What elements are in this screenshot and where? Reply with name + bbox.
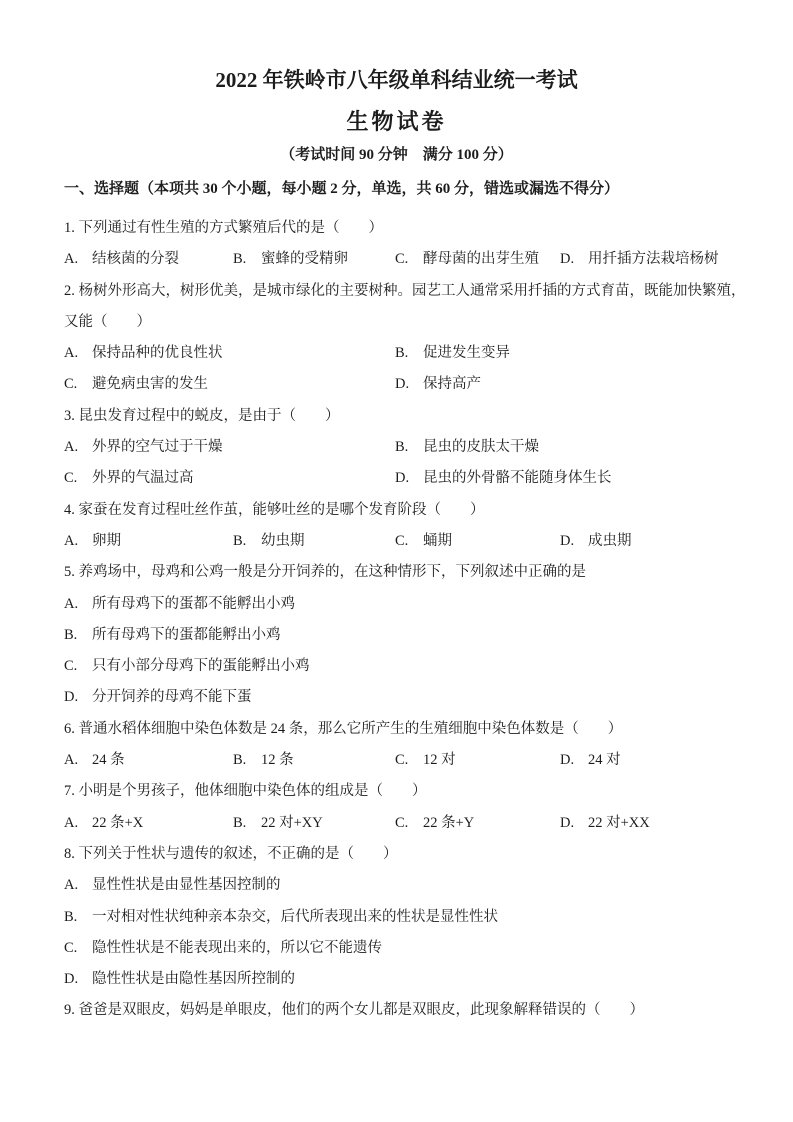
- option-c: C.外界的气温过高: [64, 463, 395, 494]
- option-d: D.22 对+XX: [560, 808, 741, 839]
- exam-paper-page: 2022 年铁岭市八年级单科结业统一考试 生物试卷 （考试时间 90 分钟 满分…: [0, 0, 793, 1122]
- option-text: 22 条+Y: [423, 815, 474, 831]
- question-stem: 3. 昆虫发育过程中的蜕皮，是由于（ ）: [64, 401, 741, 432]
- option-text: 所有母鸡下的蛋都不能孵出小鸡: [92, 596, 295, 612]
- option-d: D.成虫期: [560, 526, 741, 557]
- option-text: 所有母鸡下的蛋都能孵出小鸡: [92, 627, 281, 643]
- question-8: 8. 下列关于性状与遗传的叙述，不正确的是（ ） A.显性性状是由显性基因控制的…: [64, 839, 741, 995]
- option-label: A.: [64, 432, 92, 463]
- option-b: B.22 对+XY: [233, 808, 395, 839]
- option-label: A.: [64, 589, 92, 620]
- question-stem: 2. 杨树外形高大，树形优美，是城市绿化的主要树种。园艺工人通常采用扦插的方式育…: [64, 276, 741, 307]
- option-text: 保持高产: [423, 376, 481, 392]
- option-c: C.蛹期: [395, 526, 560, 557]
- exam-info-line: （考试时间 90 分钟 满分 100 分）: [0, 143, 793, 168]
- option-text: 一对相对性状纯种亲本杂交，后代所表现出来的性状是显性性状: [92, 909, 498, 925]
- option-b: B.12 条: [233, 745, 395, 776]
- option-text: 隐性性状是不能表现出来的，所以它不能遗传: [92, 940, 382, 956]
- question-5: 5. 养鸡场中，母鸡和公鸡一般是分开饲养的，在这种情形下，下列叙述中正确的是 A…: [64, 557, 741, 713]
- option-text: 22 条+X: [92, 815, 143, 831]
- option-label: D.: [560, 526, 588, 557]
- option-text: 24 条: [92, 752, 125, 768]
- question-9: 9. 爸爸是双眼皮，妈妈是单眼皮，他们的两个女儿都是双眼皮，此现象解释错误的（ …: [64, 995, 741, 1026]
- question-options-row: A.22 条+X B.22 对+XY C.22 条+Y D.22 对+XX: [64, 808, 741, 839]
- option-d: D.用扦插方法栽培杨树: [560, 244, 741, 275]
- option-b: B.所有母鸡下的蛋都能孵出小鸡: [64, 620, 741, 651]
- option-a: A.22 条+X: [64, 808, 233, 839]
- option-label: C.: [395, 808, 423, 839]
- question-options-row: A.卵期 B.幼虫期 C.蛹期 D.成虫期: [64, 526, 741, 557]
- option-text: 蛹期: [423, 533, 452, 549]
- option-text: 成虫期: [588, 533, 632, 549]
- option-text: 分开饲养的母鸡不能下蛋: [92, 689, 252, 705]
- exam-title: 2022 年铁岭市八年级单科结业统一考试: [0, 64, 793, 96]
- question-4: 4. 家蚕在发育过程吐丝作茧，能够吐丝的是哪个发育阶段（ ） A.卵期 B.幼虫…: [64, 495, 741, 558]
- option-label: B.: [233, 745, 261, 776]
- option-text: 卵期: [92, 533, 121, 549]
- option-label: D.: [560, 244, 588, 275]
- option-label: C.: [64, 651, 92, 682]
- option-a: A.所有母鸡下的蛋都不能孵出小鸡: [64, 589, 741, 620]
- question-stem-continued: 又能（ ）: [64, 307, 741, 338]
- option-d: D.分开饲养的母鸡不能下蛋: [64, 682, 741, 713]
- option-text: 酵母菌的出芽生殖: [423, 251, 539, 267]
- option-text: 22 对+XY: [261, 815, 323, 831]
- option-text: 22 对+XX: [588, 815, 650, 831]
- question-3: 3. 昆虫发育过程中的蜕皮，是由于（ ） A.外界的空气过于干燥 B.昆虫的皮肤…: [64, 401, 741, 495]
- option-text: 昆虫的皮肤太干燥: [423, 439, 539, 455]
- option-label: D.: [560, 745, 588, 776]
- option-label: B.: [64, 620, 92, 651]
- option-label: A.: [64, 808, 92, 839]
- option-c: C.只有小部分母鸡下的蛋能孵出小鸡: [64, 651, 741, 682]
- option-a: A.外界的空气过于干燥: [64, 432, 395, 463]
- section-heading: 一、选择题（本项共 30 个小题，每小题 2 分，单选，共 60 分，错选或漏选…: [64, 177, 747, 202]
- questions-list: 1. 下列通过有性生殖的方式繁殖后代的是（ ） A.结核菌的分裂 B.蜜蜂的受精…: [64, 213, 741, 1027]
- question-options-row: C.外界的气温过高 D.昆虫的外骨骼不能随身体生长: [64, 463, 741, 494]
- option-label: D.: [64, 964, 92, 995]
- option-label: A.: [64, 338, 92, 369]
- option-label: D.: [395, 463, 423, 494]
- option-text: 外界的气温过高: [92, 470, 194, 486]
- option-c: C.12 对: [395, 745, 560, 776]
- question-options-row: A.外界的空气过于干燥 B.昆虫的皮肤太干燥: [64, 432, 741, 463]
- option-b: B.一对相对性状纯种亲本杂交，后代所表现出来的性状是显性性状: [64, 902, 741, 933]
- option-text: 促进发生变异: [423, 345, 510, 361]
- question-2: 2. 杨树外形高大，树形优美，是城市绿化的主要树种。园艺工人通常采用扦插的方式育…: [64, 276, 741, 401]
- option-label: C.: [395, 526, 423, 557]
- option-label: B.: [395, 432, 423, 463]
- option-b: B.促进发生变异: [395, 338, 741, 369]
- question-7: 7. 小明是个男孩子，他体细胞中染色体的组成是（ ） A.22 条+X B.22…: [64, 776, 741, 839]
- option-text: 保持品种的优良性状: [92, 345, 223, 361]
- option-text: 用扦插方法栽培杨树: [588, 251, 719, 267]
- option-text: 避免病虫害的发生: [92, 376, 208, 392]
- option-label: D.: [395, 369, 423, 400]
- option-b: B.幼虫期: [233, 526, 395, 557]
- option-label: A.: [64, 745, 92, 776]
- exam-subject-title: 生物试卷: [0, 106, 793, 138]
- option-text: 只有小部分母鸡下的蛋能孵出小鸡: [92, 658, 310, 674]
- option-b: B.昆虫的皮肤太干燥: [395, 432, 741, 463]
- option-text: 12 条: [261, 752, 294, 768]
- option-label: A.: [64, 526, 92, 557]
- option-label: B.: [233, 526, 261, 557]
- option-label: D.: [560, 808, 588, 839]
- option-text: 隐性性状是由隐性基因所控制的: [92, 971, 295, 987]
- option-a: A.结核菌的分裂: [64, 244, 233, 275]
- option-c: C.避免病虫害的发生: [64, 369, 395, 400]
- option-d: D.隐性性状是由隐性基因所控制的: [64, 964, 741, 995]
- option-d: D.保持高产: [395, 369, 741, 400]
- option-label: C.: [395, 244, 423, 275]
- option-a: A.显性性状是由显性基因控制的: [64, 870, 741, 901]
- question-options-row: A.保持品种的优良性状 B.促进发生变异: [64, 338, 741, 369]
- option-label: C.: [64, 933, 92, 964]
- question-stem: 8. 下列关于性状与遗传的叙述，不正确的是（ ）: [64, 839, 741, 870]
- question-options-row: A.结核菌的分裂 B.蜜蜂的受精卵 C.酵母菌的出芽生殖 D.用扦插方法栽培杨树: [64, 244, 741, 275]
- option-label: B.: [233, 808, 261, 839]
- option-label: B.: [233, 244, 261, 275]
- option-label: B.: [64, 902, 92, 933]
- option-b: B.蜜蜂的受精卵: [233, 244, 395, 275]
- question-stem: 5. 养鸡场中，母鸡和公鸡一般是分开饲养的，在这种情形下，下列叙述中正确的是: [64, 557, 741, 588]
- option-c: C.隐性性状是不能表现出来的，所以它不能遗传: [64, 933, 741, 964]
- question-stem: 7. 小明是个男孩子，他体细胞中染色体的组成是（ ）: [64, 776, 741, 807]
- option-text: 幼虫期: [261, 533, 305, 549]
- option-text: 结核菌的分裂: [92, 251, 179, 267]
- option-label: C.: [64, 369, 92, 400]
- option-text: 外界的空气过于干燥: [92, 439, 223, 455]
- option-a: A.24 条: [64, 745, 233, 776]
- option-label: A.: [64, 870, 92, 901]
- question-stem: 1. 下列通过有性生殖的方式繁殖后代的是（ ）: [64, 213, 741, 244]
- option-label: C.: [64, 463, 92, 494]
- question-stem: 4. 家蚕在发育过程吐丝作茧，能够吐丝的是哪个发育阶段（ ）: [64, 495, 741, 526]
- question-options-row: A.24 条 B.12 条 C.12 对 D.24 对: [64, 745, 741, 776]
- option-label: B.: [395, 338, 423, 369]
- option-text: 24 对: [588, 752, 621, 768]
- option-text: 显性性状是由显性基因控制的: [92, 877, 281, 893]
- question-1: 1. 下列通过有性生殖的方式繁殖后代的是（ ） A.结核菌的分裂 B.蜜蜂的受精…: [64, 213, 741, 276]
- question-stem: 6. 普通水稻体细胞中染色体数是 24 条，那么它所产生的生殖细胞中染色体数是（…: [64, 714, 741, 745]
- option-d: D.24 对: [560, 745, 741, 776]
- option-label: C.: [395, 745, 423, 776]
- option-c: C.酵母菌的出芽生殖: [395, 244, 560, 275]
- option-a: A.卵期: [64, 526, 233, 557]
- question-6: 6. 普通水稻体细胞中染色体数是 24 条，那么它所产生的生殖细胞中染色体数是（…: [64, 714, 741, 777]
- option-label: D.: [64, 682, 92, 713]
- question-stem: 9. 爸爸是双眼皮，妈妈是单眼皮，他们的两个女儿都是双眼皮，此现象解释错误的（ …: [64, 995, 741, 1026]
- question-options-row: C.避免病虫害的发生 D.保持高产: [64, 369, 741, 400]
- option-text: 12 对: [423, 752, 456, 768]
- option-label: A.: [64, 244, 92, 275]
- option-text: 昆虫的外骨骼不能随身体生长: [423, 470, 612, 486]
- option-text: 蜜蜂的受精卵: [261, 251, 348, 267]
- option-d: D.昆虫的外骨骼不能随身体生长: [395, 463, 741, 494]
- option-a: A.保持品种的优良性状: [64, 338, 395, 369]
- option-c: C.22 条+Y: [395, 808, 560, 839]
